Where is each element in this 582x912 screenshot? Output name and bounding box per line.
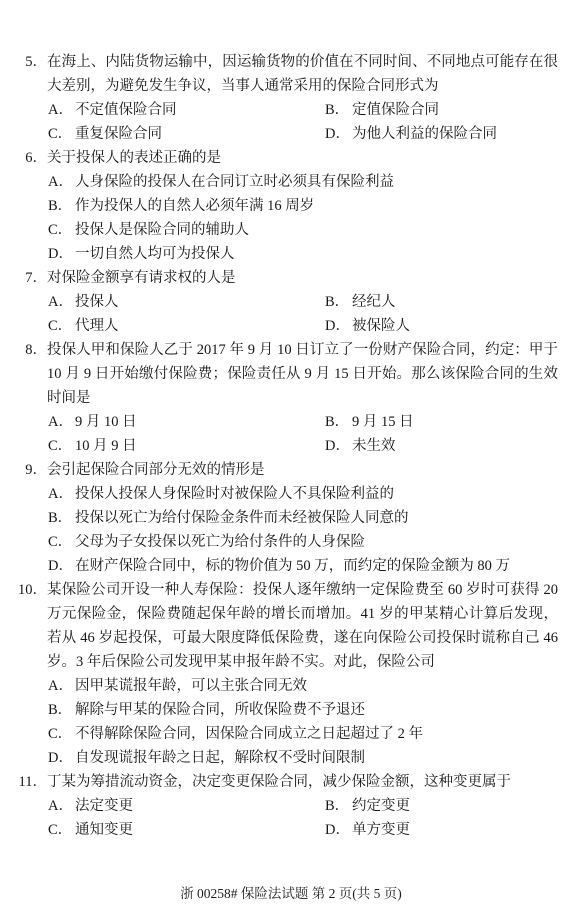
exam-document-page: 5． 在海上、内陆货物运输中，因运输货物的价值在不同时间、不同地点可能存在很大差… (0, 0, 582, 912)
option-c: C．代理人 (48, 314, 325, 338)
question-11: 11． 丁某为筹措流动资金，决定变更保险合同，减少保险金额，这种变更属于 A．法… (25, 770, 558, 842)
option-label: B． (325, 98, 352, 122)
option-d: D．被保险人 (325, 314, 558, 338)
option-text: 代理人 (75, 314, 325, 338)
option-label: B． (325, 794, 352, 818)
option-c: C．不得解除保险合同，因保险合同成立之日起超过了 2 年 (48, 722, 558, 746)
question-8: 8． 投保人甲和保险人乙于 2017 年 9 月 10 日订立了一份财产保险合同… (25, 338, 558, 458)
option-list: A．不定值保险合同B．定值保险合同C．重复保险合同D．为他人利益的保险合同 (48, 98, 558, 146)
question-number: 10． (15, 578, 47, 602)
option-text: 法定变更 (75, 794, 325, 818)
option-label: D． (48, 554, 75, 578)
option-c: C．通知变更 (48, 818, 325, 842)
question-head: 11． 丁某为筹措流动资金，决定变更保险合同，减少保险金额，这种变更属于 (25, 770, 558, 794)
option-a: A．投保人 (48, 290, 325, 314)
option-label: A． (48, 482, 75, 506)
question-7: 7． 对保险金额享有请求权的人是 A．投保人B．经纪人C．代理人D．被保险人 (25, 266, 558, 338)
option-label: D． (325, 122, 352, 146)
option-b: B．定值保险合同 (325, 98, 558, 122)
question-stem: 关于投保人的表述正确的是 (47, 146, 558, 170)
option-label: A． (48, 290, 75, 314)
option-label: A． (48, 98, 75, 122)
option-text: 为他人利益的保险合同 (352, 122, 558, 146)
option-a: A．投保人投保人身保险时对被保险人不具保险利益的 (48, 482, 558, 506)
option-d: D．未生效 (325, 434, 558, 458)
option-label: C． (48, 218, 75, 242)
option-text: 不得解除保险合同，因保险合同成立之日起超过了 2 年 (75, 722, 558, 746)
question-number: 9． (15, 458, 47, 482)
question-number: 7． (15, 266, 47, 290)
option-d: D．为他人利益的保险合同 (325, 122, 558, 146)
question-stem: 丁某为筹措流动资金，决定变更保险合同，减少保险金额，这种变更属于 (47, 770, 558, 794)
option-label: B． (325, 290, 352, 314)
option-text: 经纪人 (352, 290, 558, 314)
option-text: 投保人投保人身保险时对被保险人不具保险利益的 (75, 482, 558, 506)
option-a: A．法定变更 (48, 794, 325, 818)
option-text: 因甲某谎报年龄，可以主张合同无效 (75, 674, 558, 698)
option-label: D． (325, 818, 352, 842)
option-text: 父母为子女投保以死亡为给付条件的人身保险 (75, 530, 558, 554)
question-stem: 会引起保险合同部分无效的情形是 (47, 458, 558, 482)
option-label: C． (48, 434, 75, 458)
option-text: 9 月 10 日 (75, 410, 325, 434)
option-text: 作为投保人的自然人必须年满 16 周岁 (75, 194, 558, 218)
option-b: B．作为投保人的自然人必须年满 16 周岁 (48, 194, 558, 218)
question-10: 10． 某保险公司开设一种人寿保险：投保人逐年缴纳一定保险费至 60 岁时可获得… (25, 578, 558, 770)
option-label: D． (48, 746, 75, 770)
option-text: 约定变更 (352, 794, 558, 818)
option-d: D．在财产保险合同中，标的物价值为 50 万，而约定的保险金额为 80 万 (48, 554, 558, 578)
option-label: C． (48, 818, 75, 842)
question-6: 6． 关于投保人的表述正确的是 A．人身保险的投保人在合同订立时必须具有保险利益… (25, 146, 558, 266)
option-text: 通知变更 (75, 818, 325, 842)
option-c: C．父母为子女投保以死亡为给付条件的人身保险 (48, 530, 558, 554)
option-b: B．投保以死亡为给付保险金条件而未经被保险人同意的 (48, 506, 558, 530)
option-label: A． (48, 410, 75, 434)
option-text: 解除与甲某的保险合同，所收保险费不予退还 (75, 698, 558, 722)
question-head: 9． 会引起保险合同部分无效的情形是 (25, 458, 558, 482)
question-head: 6． 关于投保人的表述正确的是 (25, 146, 558, 170)
question-stem: 投保人甲和保险人乙于 2017 年 9 月 10 日订立了一份财产保险合同，约定… (47, 338, 558, 410)
option-text: 单方变更 (352, 818, 558, 842)
option-c: C．10 月 9 日 (48, 434, 325, 458)
option-text: 不定值保险合同 (75, 98, 325, 122)
option-label: D． (48, 242, 75, 266)
question-stem: 在海上、内陆货物运输中，因运输货物的价值在不同时间、不同地点可能存在很大差别，为… (47, 50, 558, 98)
option-b: B．9 月 15 日 (325, 410, 558, 434)
option-c: C．重复保险合同 (48, 122, 325, 146)
option-label: C． (48, 122, 75, 146)
option-label: A． (48, 170, 75, 194)
question-number: 5． (15, 50, 47, 74)
question-stem: 某保险公司开设一种人寿保险：投保人逐年缴纳一定保险费至 60 岁时可获得 20 … (47, 578, 558, 674)
option-text: 定值保险合同 (352, 98, 558, 122)
option-list: A．人身保险的投保人在合同订立时必须具有保险利益B．作为投保人的自然人必须年满 … (48, 170, 558, 266)
option-label: B． (325, 410, 352, 434)
option-a: A．因甲某谎报年龄，可以主张合同无效 (48, 674, 558, 698)
question-head: 7． 对保险金额享有请求权的人是 (25, 266, 558, 290)
option-list: A．法定变更B．约定变更C．通知变更D．单方变更 (48, 794, 558, 842)
option-b: B．约定变更 (325, 794, 558, 818)
option-label: B． (48, 194, 75, 218)
option-text: 投保人是保险合同的辅助人 (75, 218, 558, 242)
option-text: 被保险人 (352, 314, 558, 338)
option-d: D．自发现谎报年龄之日起，解除权不受时间限制 (48, 746, 558, 770)
option-b: B．经纪人 (325, 290, 558, 314)
question-head: 8． 投保人甲和保险人乙于 2017 年 9 月 10 日订立了一份财产保险合同… (25, 338, 558, 410)
question-number: 8． (15, 338, 47, 362)
option-label: C． (48, 314, 75, 338)
option-c: C．投保人是保险合同的辅助人 (48, 218, 558, 242)
option-label: C． (48, 530, 75, 554)
option-a: A．9 月 10 日 (48, 410, 325, 434)
option-text: 一切自然人均可为投保人 (75, 242, 558, 266)
option-list: A．投保人投保人身保险时对被保险人不具保险利益的B．投保以死亡为给付保险金条件而… (48, 482, 558, 578)
option-label: D． (325, 314, 352, 338)
page-footer: 浙 00258# 保险法试题 第 2 页(共 5 页) (0, 882, 582, 906)
option-b: B．解除与甲某的保险合同，所收保险费不予退还 (48, 698, 558, 722)
option-text: 10 月 9 日 (75, 434, 325, 458)
option-text: 投保人 (75, 290, 325, 314)
option-label: B． (48, 698, 75, 722)
option-label: B． (48, 506, 75, 530)
option-text: 自发现谎报年龄之日起，解除权不受时间限制 (75, 746, 558, 770)
option-text: 人身保险的投保人在合同订立时必须具有保险利益 (75, 170, 558, 194)
option-label: D． (325, 434, 352, 458)
question-head: 10． 某保险公司开设一种人寿保险：投保人逐年缴纳一定保险费至 60 岁时可获得… (25, 578, 558, 674)
option-text: 重复保险合同 (75, 122, 325, 146)
option-list: A．9 月 10 日B．9 月 15 日C．10 月 9 日D．未生效 (48, 410, 558, 458)
question-5: 5． 在海上、内陆货物运输中，因运输货物的价值在不同时间、不同地点可能存在很大差… (25, 50, 558, 146)
option-list: A．因甲某谎报年龄，可以主张合同无效B．解除与甲某的保险合同，所收保险费不予退还… (48, 674, 558, 770)
option-a: A．不定值保险合同 (48, 98, 325, 122)
option-label: C． (48, 722, 75, 746)
question-head: 5． 在海上、内陆货物运输中，因运输货物的价值在不同时间、不同地点可能存在很大差… (25, 50, 558, 98)
question-stem: 对保险金额享有请求权的人是 (47, 266, 558, 290)
question-list: 5． 在海上、内陆货物运输中，因运输货物的价值在不同时间、不同地点可能存在很大差… (0, 0, 582, 842)
option-text: 未生效 (352, 434, 558, 458)
option-text: 投保以死亡为给付保险金条件而未经被保险人同意的 (75, 506, 558, 530)
option-d: D．一切自然人均可为投保人 (48, 242, 558, 266)
option-text: 9 月 15 日 (352, 410, 558, 434)
option-a: A．人身保险的投保人在合同订立时必须具有保险利益 (48, 170, 558, 194)
question-number: 11． (15, 770, 47, 794)
option-label: A． (48, 674, 75, 698)
option-text: 在财产保险合同中，标的物价值为 50 万，而约定的保险金额为 80 万 (75, 554, 558, 578)
option-label: A． (48, 794, 75, 818)
option-list: A．投保人B．经纪人C．代理人D．被保险人 (48, 290, 558, 338)
option-d: D．单方变更 (325, 818, 558, 842)
question-number: 6． (15, 146, 47, 170)
question-9: 9． 会引起保险合同部分无效的情形是 A．投保人投保人身保险时对被保险人不具保险… (25, 458, 558, 578)
